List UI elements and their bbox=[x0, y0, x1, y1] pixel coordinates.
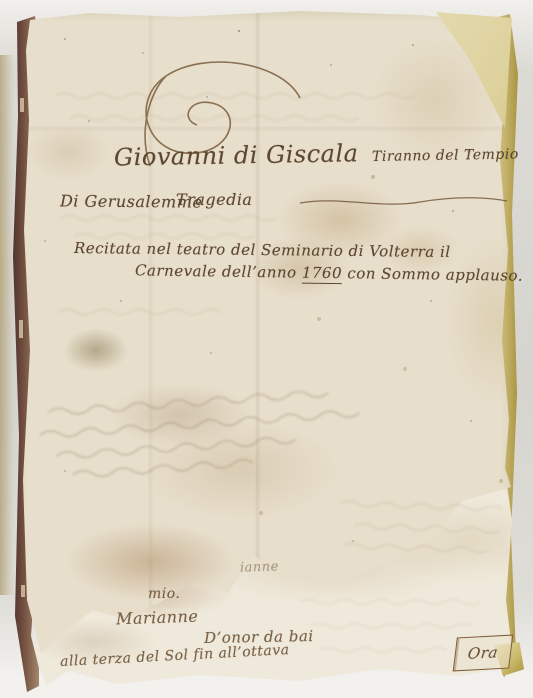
corner-mark-box: Ora bbox=[453, 635, 514, 672]
corner-mark: Ora bbox=[467, 643, 499, 663]
subtitle-genre: Tragedia bbox=[176, 190, 252, 209]
note-prefix: Carnevale dell’anno bbox=[135, 261, 302, 281]
note-suffix: con Sommo applauso. bbox=[342, 264, 523, 285]
fragment-line: Marianne bbox=[116, 607, 199, 629]
manuscript-title-main: Giovanni di Giscala bbox=[114, 139, 359, 171]
fragment-line: mio. bbox=[148, 586, 180, 602]
spine-stitch bbox=[21, 585, 25, 597]
year-underlined: 1760 bbox=[302, 264, 342, 285]
fragment-line: ianne bbox=[240, 559, 279, 575]
foxing-speckles bbox=[0, 0, 2, 2]
spine-stitch bbox=[19, 320, 23, 338]
manuscript-title-secondary: Tiranno del Tempio bbox=[372, 146, 519, 165]
spine-stitch bbox=[20, 98, 24, 112]
manuscript-photo: Giovanni di Giscala Tiranno del Tempio D… bbox=[0, 0, 533, 698]
background-shadow-band bbox=[0, 55, 15, 595]
